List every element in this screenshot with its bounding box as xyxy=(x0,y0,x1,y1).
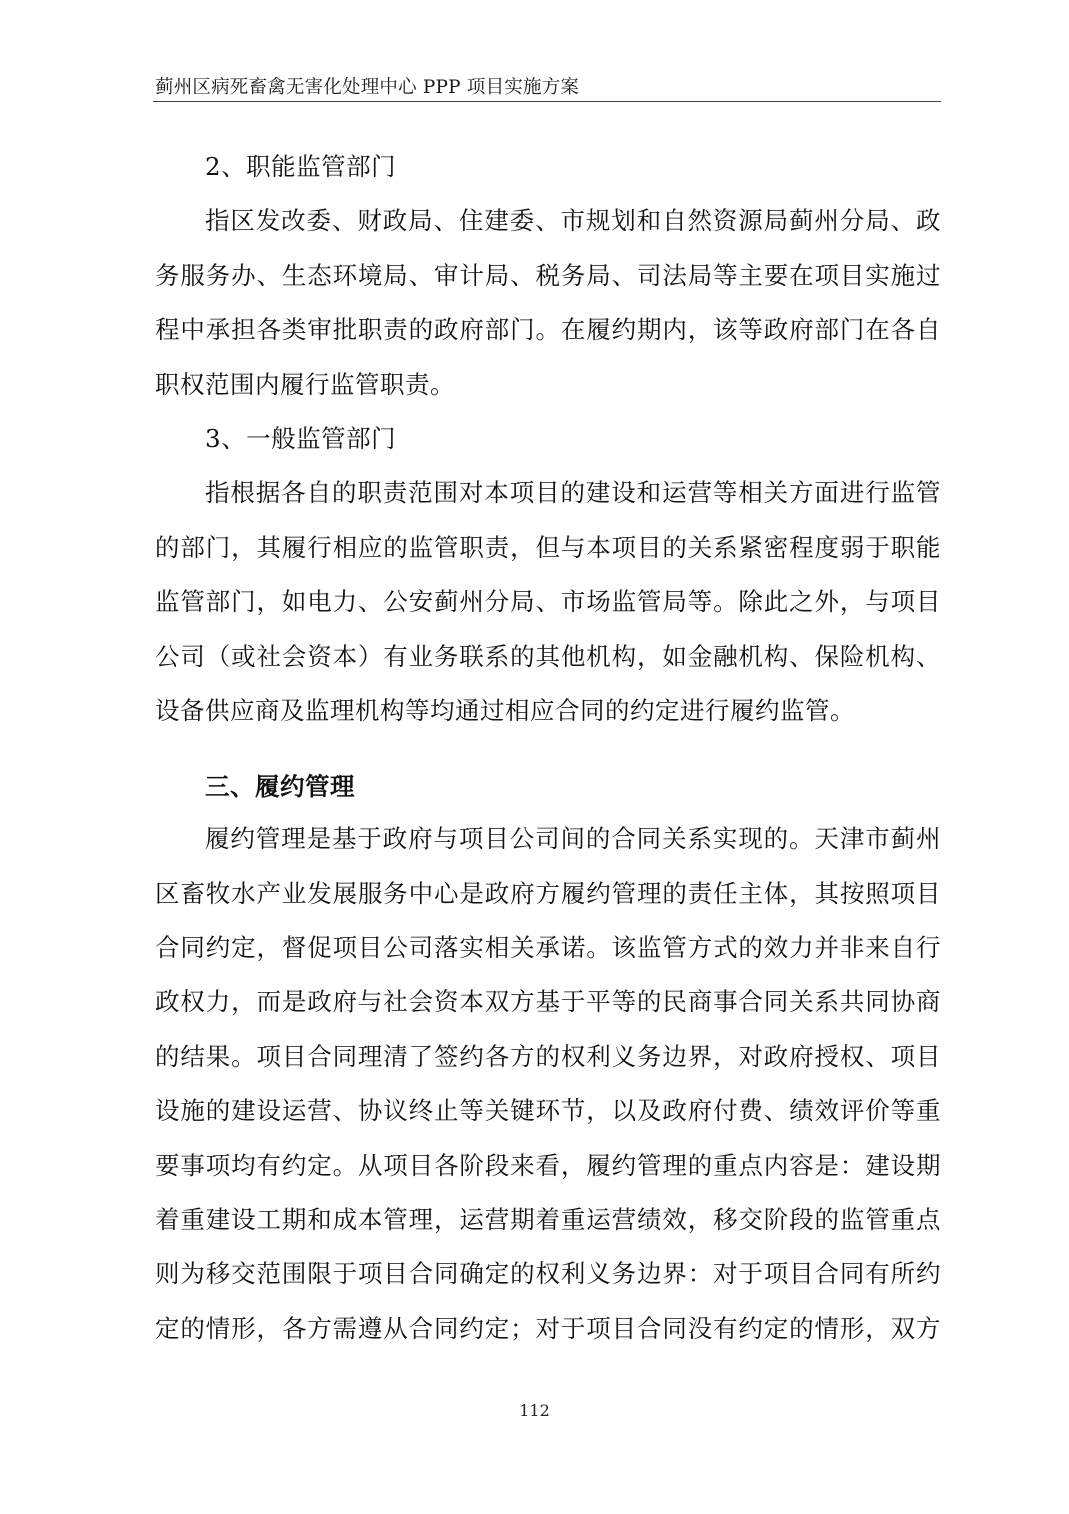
paragraph-line: 的部门，其履行相应的监管职责，但与本项目的关系紧密程度弱于职能 xyxy=(155,521,941,575)
paragraph-line: 务服务办、生态环境局、审计局、税务局、司法局等主要在项目实施过 xyxy=(155,249,941,303)
paragraph-line: 要事项均有约定。从项目各阶段来看，履约管理的重点内容是：建设期 xyxy=(155,1139,941,1193)
paragraph-line: 区畜牧水产业发展服务中心是政府方履约管理的责任主体，其按照项目 xyxy=(155,867,941,921)
paragraph-line: 指根据各自的职责范围对本项目的建设和运营等相关方面进行监管 xyxy=(155,466,941,520)
page-header: 蓟州区病死畜禽无害化处理中心 PPP 项目实施方案 xyxy=(153,74,941,102)
paragraph-line: 监管部门，如电力、公安蓟州分局、市场监管局等。除此之外，与项目 xyxy=(155,575,941,629)
subsection-heading-functional-supervision: 2、职能监管部门 xyxy=(155,140,941,194)
paragraph-line: 定的情形，各方需遵从合同约定；对于项目合同没有约定的情形，双方 xyxy=(155,1302,941,1356)
page-body: 2、职能监管部门 指区发改委、财政局、住建委、市规划和自然资源局蓟州分局、政 务… xyxy=(155,140,941,1356)
paragraph-line: 政权力，而是政府与社会资本双方基于平等的民商事合同关系共同协商 xyxy=(155,975,941,1029)
paragraph-line: 程中承担各类审批职责的政府部门。在履约期内，该等政府部门在各自 xyxy=(155,303,941,357)
paragraph-line: 履约管理是基于政府与项目公司间的合同关系实现的。天津市蓟州 xyxy=(155,812,941,866)
document-title: 蓟州区病死畜禽无害化处理中心 PPP 项目实施方案 xyxy=(155,73,579,99)
subsection-heading-general-supervision: 3、一般监管部门 xyxy=(155,412,941,466)
paragraph-line: 着重建设工期和成本管理，运营期着重运营绩效，移交阶段的监管重点 xyxy=(155,1193,941,1247)
page-number: 112 xyxy=(0,1401,1069,1420)
paragraph-line: 则为移交范围限于项目合同确定的权利义务边界：对于项目合同有所约 xyxy=(155,1247,941,1301)
section-heading-performance-management: 三、履约管理 xyxy=(155,762,941,812)
paragraph-line: 职权范围内履行监管职责。 xyxy=(155,358,941,412)
paragraph-line: 指区发改委、财政局、住建委、市规划和自然资源局蓟州分局、政 xyxy=(155,194,941,248)
paragraph-line: 设备供应商及监理机构等均通过相应合同的约定进行履约监管。 xyxy=(155,684,941,738)
paragraph-line: 公司（或社会资本）有业务联系的其他机构，如金融机构、保险机构、 xyxy=(155,630,941,684)
paragraph-line: 设施的建设运营、协议终止等关键环节，以及政府付费、绩效评价等重 xyxy=(155,1084,941,1138)
paragraph-line: 的结果。项目合同理清了签约各方的权利义务边界，对政府授权、项目 xyxy=(155,1030,941,1084)
paragraph-line: 合同约定，督促项目公司落实相关承诺。该监管方式的效力并非来自行 xyxy=(155,921,941,975)
